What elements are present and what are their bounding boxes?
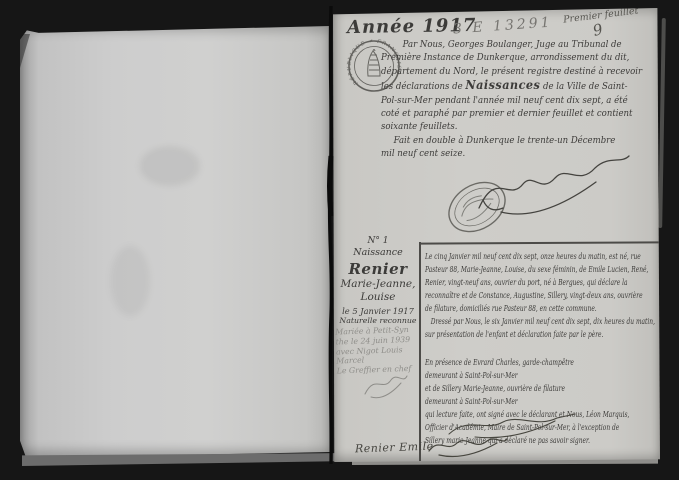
preamble-line: mil neuf cent seize. bbox=[381, 147, 633, 160]
child-given-names: Marie-Jeanne, bbox=[337, 278, 419, 291]
record-number: N° 1 bbox=[337, 236, 419, 246]
naissances-emphasis: Naissances bbox=[465, 77, 540, 92]
paragraph-gap bbox=[425, 341, 598, 356]
act-line: demeurant à Saint-Pol-sur-Mer bbox=[425, 395, 598, 408]
marriage-margin-note: Mariée à Petit-Syn the le 24 juin 1939 a… bbox=[335, 325, 423, 377]
preamble-line: département du Nord, le présent registre… bbox=[381, 65, 633, 78]
act-line: Renier, vingt-neuf ans, ouvrier du port,… bbox=[425, 276, 598, 289]
act-line: Pasteur 88, Marie-Jeanne, Louise, du sex… bbox=[425, 263, 598, 276]
margin-column: N° 1 Naissance Renier Marie-Jeanne, Loui… bbox=[337, 236, 419, 325]
witness-signature bbox=[425, 433, 510, 459]
act-line: Le cinq Janvier mil neuf cent dix sept, … bbox=[425, 250, 598, 263]
act-line: de filature, domiciliés rue Pasteur 88, … bbox=[425, 302, 598, 315]
act-line: Dressé par Nous, le six Janvier mil neuf… bbox=[425, 315, 598, 328]
first-leaf-number: 9 bbox=[591, 20, 605, 40]
preamble-line: soixante feuillets. bbox=[381, 120, 633, 133]
left-page bbox=[20, 26, 331, 458]
act-line: demeurant à Saint-Pol-sur-Mer bbox=[425, 369, 598, 382]
act-line: En présence de Evrard Charles, garde-cha… bbox=[425, 356, 598, 369]
record-type: Naissance bbox=[337, 247, 419, 258]
book-gutter-crease bbox=[327, 6, 335, 464]
left-page-corner-fold bbox=[20, 34, 30, 68]
act-line: et de Sillery Marie-Jeanne, ouvrière de … bbox=[425, 382, 598, 395]
child-given-names: Louise bbox=[337, 291, 419, 304]
preamble-line: Pol-sur-Mer pendant l'année mil neuf cen… bbox=[381, 94, 633, 107]
page-stack-edge bbox=[658, 18, 666, 228]
act-line: reconnaître et de Constance, Augustine, … bbox=[425, 289, 598, 302]
clerk-signature bbox=[361, 370, 409, 400]
preamble-line: Première Instance de Dunkerque, arrondis… bbox=[381, 51, 633, 64]
preamble-line: coté et paraphé par premier et dernier f… bbox=[381, 107, 633, 120]
right-page: Année 1917 3 E 13291 Premier feuillet 9 … bbox=[333, 8, 660, 462]
act-line: sur présentation de l'enfant et déclarat… bbox=[425, 328, 598, 341]
judge-signature bbox=[471, 150, 636, 222]
registry-book-scan: Année 1917 3 E 13291 Premier feuillet 9 … bbox=[0, 0, 679, 480]
preamble-line: les déclarations de Naissances de la Vil… bbox=[381, 78, 633, 93]
act-top-rule bbox=[419, 241, 660, 244]
preamble-paragraph: Par Nous, Georges Boulanger, Juge au Tri… bbox=[381, 38, 633, 161]
preamble-line: Fait en double à Dunkerque le trente-un … bbox=[381, 134, 633, 147]
seal-figure bbox=[368, 50, 380, 77]
birth-date-note: le 5 Janvier 1917 bbox=[337, 306, 419, 316]
ink-bleed-smudge bbox=[110, 246, 150, 316]
preamble-line-part: de la Ville de Saint- bbox=[540, 81, 627, 92]
preamble-line-part: les déclarations de bbox=[381, 81, 465, 92]
preamble-line: Par Nous, Georges Boulanger, Juge au Tri… bbox=[381, 38, 633, 51]
ink-bleed-smudge bbox=[140, 146, 200, 186]
declarant-signature: Renier Emile bbox=[355, 440, 434, 456]
filiation-note: Naturelle reconnue bbox=[337, 316, 419, 325]
child-surname: Renier bbox=[337, 260, 419, 278]
